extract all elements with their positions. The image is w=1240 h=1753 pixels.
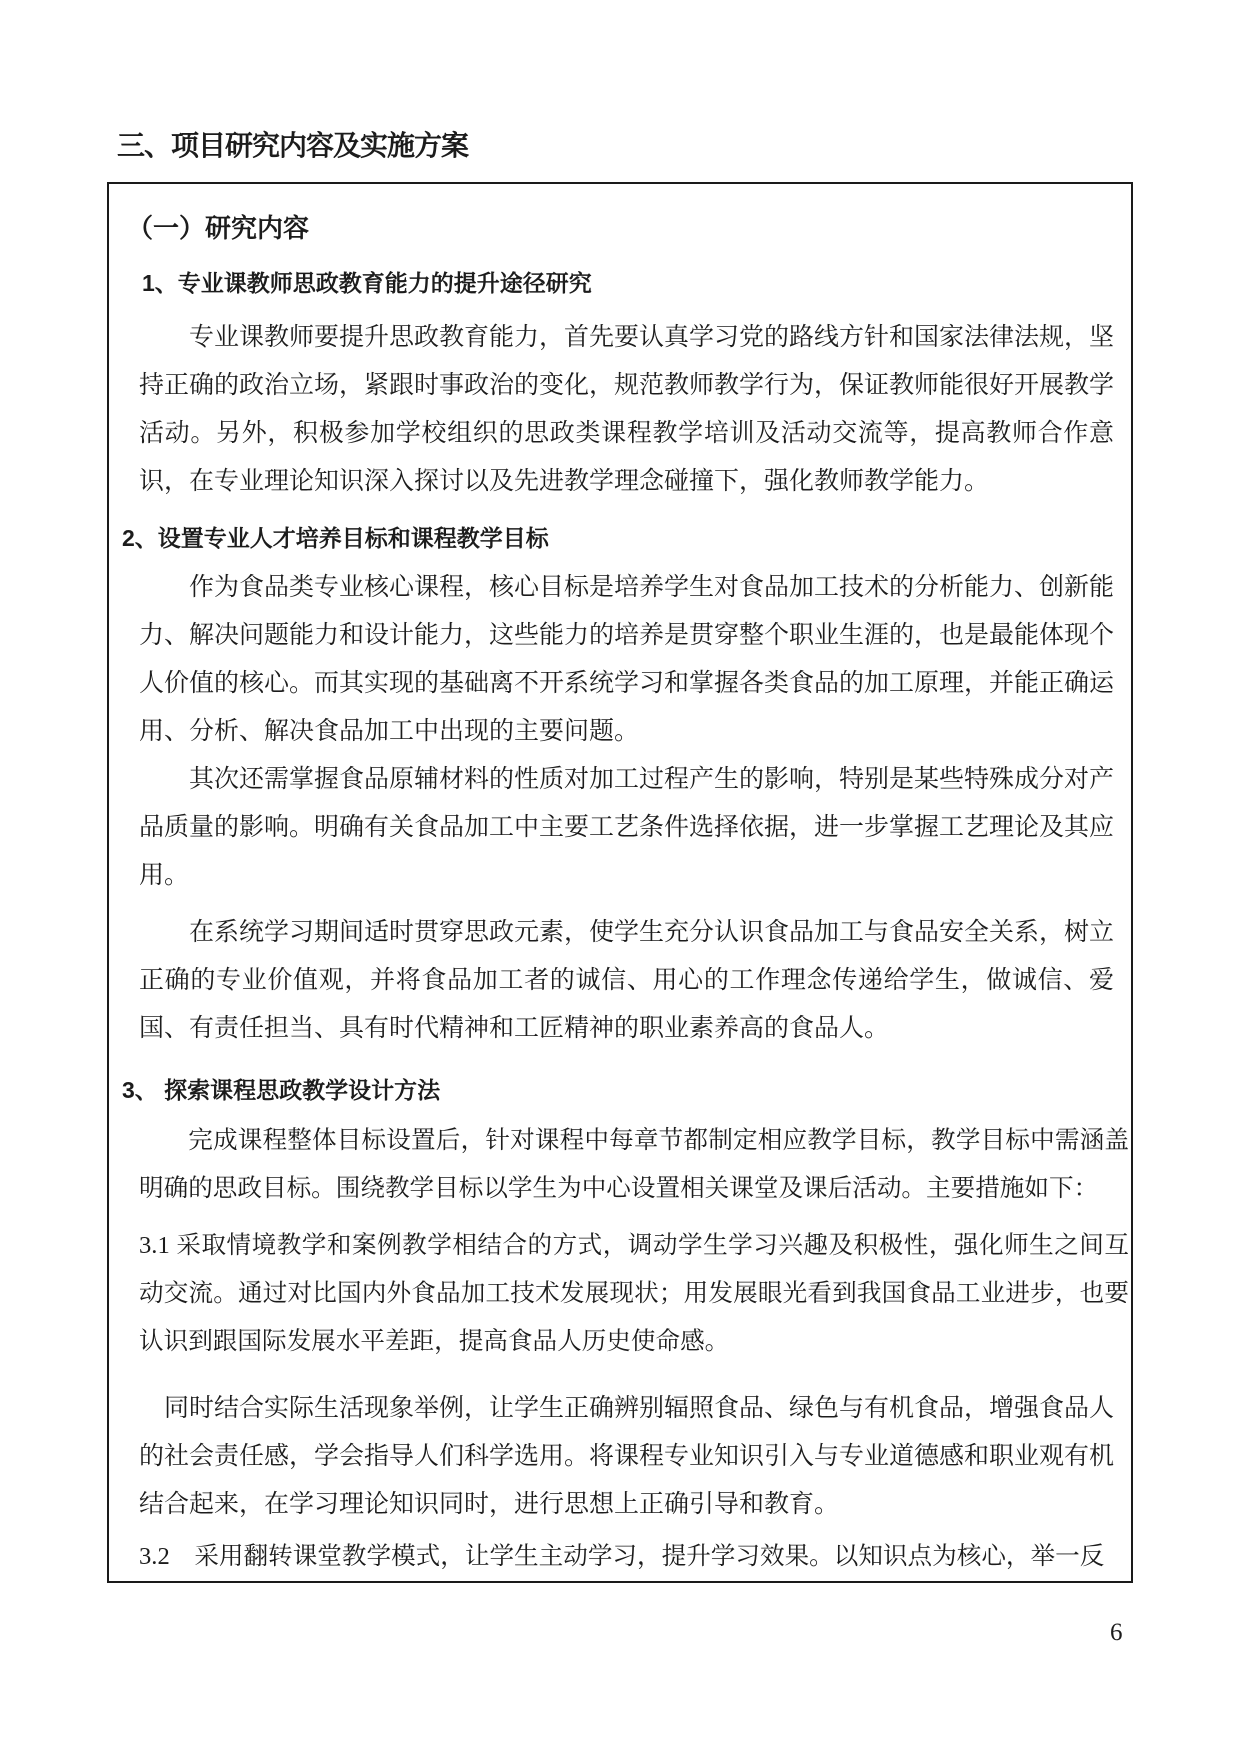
item3-paragraph-3: 同时结合实际生活现象举例，让学生正确辨别辐照食品、绿色与有机食品，增强食品人的社… [139, 1385, 1114, 1529]
page-title: 三、项目研究内容及实施方案 [117, 126, 468, 166]
item3-paragraph-4: 3.2 采用翻转课堂教学模式，让学生主动学习，提升学习效果。以知识点为核心，举一… [139, 1533, 1129, 1581]
item2-paragraph-1: 作为食品类专业核心课程，核心目标是培养学生对食品加工技术的分析能力、创新能力、解… [139, 564, 1114, 756]
item2-paragraph-3: 在系统学习期间适时贯穿思政元素，使学生充分认识食品加工与食品安全关系，树立正确的… [139, 909, 1114, 1053]
content-box: （一）研究内容 1、专业课教师思政教育能力的提升途径研究 专业课教师要提升思政教… [107, 182, 1133, 1583]
item3-paragraph-2: 3.1 采取情境教学和案例教学相结合的方式，调动学生学习兴趣及积极性，强化师生之… [139, 1222, 1129, 1366]
item1-heading: 1、专业课教师思政教育能力的提升途径研究 [142, 259, 1114, 307]
item3-paragraph-1: 完成课程整体目标设置后，针对课程中每章节都制定相应教学目标，教学目标中需涵盖明确… [139, 1117, 1129, 1213]
document-page: 三、项目研究内容及实施方案 （一）研究内容 1、专业课教师思政教育能力的提升途径… [0, 0, 1240, 1753]
item1-paragraph-1: 专业课教师要提升思政教育能力，首先要认真学习党的路线方针和国家法律法规，坚持正确… [139, 314, 1114, 506]
section-heading-research-content: （一）研究内容 [127, 204, 1114, 252]
page-number: 6 [1110, 1618, 1123, 1648]
item2-heading: 2、设置专业人才培养目标和课程教学目标 [122, 514, 1114, 562]
item3-heading: 3、 探索课程思政教学设计方法 [122, 1066, 1114, 1114]
item2-paragraph-2: 其次还需掌握食品原辅材料的性质对加工过程产生的影响，特别是某些特殊成分对产品质量… [139, 756, 1114, 900]
